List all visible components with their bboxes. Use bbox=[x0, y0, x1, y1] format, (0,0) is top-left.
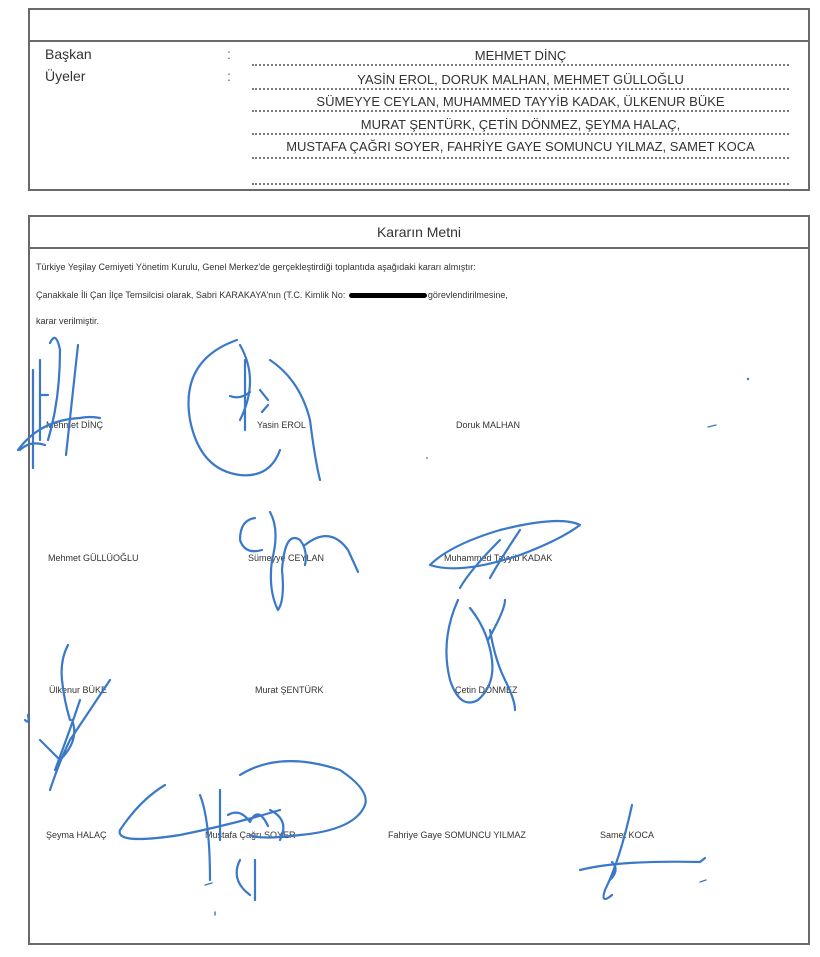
signatory-name: Samet KOCA bbox=[600, 830, 654, 840]
decision-section: Kararın Metni Türkiye Yeşilay Cemiyeti Y… bbox=[28, 215, 810, 945]
member-line-3: MURAT ŞENTÜRK, ÇETİN DÖNMEZ, ŞEYMA HALAÇ… bbox=[252, 116, 789, 133]
decision-paragraph-3: karar verilmiştir. bbox=[36, 316, 99, 326]
decision-paragraph-1: Türkiye Yeşilay Cemiyeti Yönetim Kurulu,… bbox=[36, 262, 476, 272]
decision-paragraph-2: Çanakkale İli Çan İlçe Temsilcisi olarak… bbox=[36, 290, 508, 300]
members-header-band bbox=[30, 10, 808, 42]
signatory-name: Yasin EROL bbox=[257, 420, 306, 430]
signatory-name: Murat ŞENTÜRK bbox=[255, 685, 324, 695]
signatory-name: Doruk MALHAN bbox=[456, 420, 520, 430]
dotted-separator bbox=[252, 110, 789, 112]
signatory-name: Mehmet DİNÇ bbox=[46, 420, 103, 430]
member-line-4: MUSTAFA ÇAĞRI SOYER, FAHRİYE GAYE SOMUNC… bbox=[252, 138, 789, 155]
chair-colon: : bbox=[227, 46, 231, 62]
member-line-1-text: YASİN EROL, DORUK MALHAN, MEHMET GÜLLOĞL… bbox=[356, 72, 685, 87]
signatory-name: Şeyma HALAÇ bbox=[46, 830, 107, 840]
chair-label: Başkan bbox=[45, 46, 195, 62]
members-label: Üyeler bbox=[45, 68, 195, 84]
redacted-id-mark bbox=[349, 293, 427, 298]
signatory-name: Çetin DÖNMEZ bbox=[455, 685, 518, 695]
dotted-separator bbox=[252, 133, 789, 135]
members-colon: : bbox=[227, 68, 231, 84]
signatory-name: Muhammed Tayyib KADAK bbox=[444, 553, 552, 563]
paragraph-2-before: Çanakkale İli Çan İlçe Temsilcisi olarak… bbox=[36, 290, 345, 300]
paragraph-2-after: görevlendirilmesine, bbox=[428, 290, 508, 300]
member-line-2: SÜMEYYE CEYLAN, MUHAMMED TAYYİB KADAK, Ü… bbox=[252, 93, 789, 110]
signatory-name: Fahriye Gaye SOMUNCU YILMAZ bbox=[388, 830, 526, 840]
member-line-1: YASİN EROL, DORUK MALHAN, MEHMET GÜLLOĞL… bbox=[252, 71, 789, 90]
chair-value-line: MEHMET DİNÇ bbox=[252, 47, 789, 66]
signatory-name: Ülkenur BÜKE bbox=[49, 685, 107, 695]
signatory-name: Mustafa Çağrı SOYER bbox=[205, 830, 296, 840]
decision-title: Kararın Metni bbox=[30, 217, 808, 249]
signatory-name: Sümeyye CEYLAN bbox=[248, 553, 324, 563]
dotted-separator bbox=[252, 157, 789, 159]
dotted-separator bbox=[252, 183, 789, 185]
members-section: Başkan : MEHMET DİNÇ Üyeler : YASİN EROL… bbox=[28, 8, 810, 191]
signatory-name: Mehmet GÜLLÜOĞLU bbox=[48, 553, 139, 563]
chair-value: MEHMET DİNÇ bbox=[474, 48, 567, 63]
